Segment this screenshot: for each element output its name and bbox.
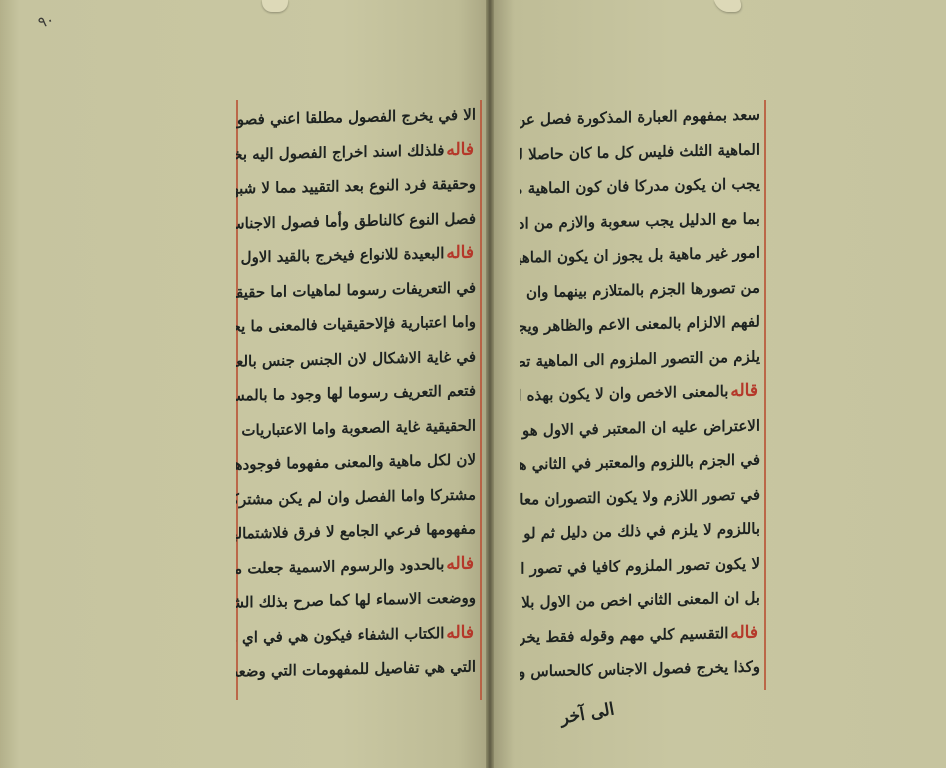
text-line: لفهم الالزام بالمعنى الاعم والظاهر ويجوز… (520, 304, 766, 344)
text-line: مفهومها فرعي الجامع لا فرق فلاشتمالها عل… (236, 511, 482, 551)
line-text: الاعتراض عليه ان المعتبر في الاول هو كون… (520, 416, 760, 441)
line-text: الحقيقية غاية الصعوبة واما الاعتباريات ف… (236, 416, 476, 441)
line-text: فلذلك اسند اخراج الفصول اليه بخرج النوع … (236, 141, 444, 165)
text-line: الا في يخرج الفصول مطلقا اعني فصول الانو… (236, 97, 482, 137)
line-text: الكتاب الشفاء فيكون هي في اي هذه التعريف… (236, 624, 444, 648)
line-text: لان لكل ماهية والمعنى مفهوما فوجودها لما… (236, 451, 476, 476)
line-text: يجب ان يكون مدركا فان كون الماهية مدركة … (520, 175, 760, 201)
line-text: في غاية الاشكال لان الجنس جنس بالعرض وال… (236, 347, 476, 373)
line-text: مفهومها فرعي الجامع لا فرق فلاشتمالها عل… (236, 520, 476, 546)
line-text: في التعريفات رسوما لماهيات اما حقيقية مو… (236, 278, 476, 304)
text-line: سعد بمفهوم العبارة المذكورة فصل عن الجزم… (520, 97, 766, 137)
text-line: واما اعتبارية فإلاحقيقيات فالمعنى ما يحد… (236, 304, 482, 344)
text-line: فالهالتقسيم كلي مهم وقوله فقط يخرج الجنس… (520, 615, 766, 655)
text-line: وكذا يخرج فصول الاجناس كالحساس وما قومه … (520, 649, 766, 689)
line-text: وكذا يخرج فصول الاجناس كالحساس وما قومه … (520, 658, 760, 684)
text-line: فصل النوع كالناطق وأما فصول الاجناس اعني… (236, 201, 482, 241)
text-line: الماهية الثلث فليس كل ما كان حاصلا للماه… (520, 132, 766, 172)
line-text: في الجزم باللزوم والمعتبر في الثاني هو ك… (520, 451, 760, 477)
text-line: الحقيقية غاية الصعوبة واما الاعتباريات ف… (236, 408, 482, 448)
line-text: بالمعنى الاخص وان لا يكون بهذه الحيثية و… (520, 382, 728, 406)
left-text-block: الا في يخرج الفصول مطلقا اعني فصول الانو… (236, 100, 482, 700)
line-text: مشتركا واما الفصل وان لم يكن مشتركا وكل … (236, 485, 476, 511)
text-line: فالهفلذلك اسند اخراج الفصول اليه بخرج ال… (236, 132, 482, 172)
line-text: فتعم التعريف رسوما لها وجود ما بالمسميات… (236, 382, 476, 408)
text-line: الاعتراض عليه ان المعتبر في الاول هو كون… (520, 408, 766, 448)
text-line: لان لكل ماهية والمعنى مفهوما فوجودها لما… (236, 442, 482, 482)
line-text: امور غير ماهية بل يجوز ان يكون الماهية ب… (520, 244, 760, 269)
text-line: امور غير ماهية بل يجوز ان يكون الماهية ب… (520, 235, 766, 275)
line-text: التي هي تفاصيل للمفهومات التي وضعت الاسم… (236, 658, 476, 683)
rubric-mark: فاله (444, 236, 476, 271)
rubric-mark: فاله (728, 615, 760, 650)
text-line: في تصور اللازم ولا يكون التصوران معا كاف… (520, 477, 766, 517)
manuscript-spread: ٩٠ الا في يخرج الفصول مطلقا اعني فصول ال… (0, 0, 946, 768)
line-text: فصل النوع كالناطق وأما فصول الاجناس اعني… (236, 209, 476, 234)
line-text: بما مع الدليل يجب سعوبة والازم من ادراك … (520, 209, 760, 234)
text-line: بما مع الدليل يجب سعوبة والازم من ادراك … (520, 201, 766, 241)
text-line: لا يكون تصور الملزوم كافيا في تصور اللاز… (520, 546, 766, 586)
line-text: ووضعت الاسماء لها كما صرح بذلك الشيخ الر… (236, 589, 476, 615)
text-line: ووضعت الاسماء لها كما صرح بذلك الشيخ الر… (236, 580, 482, 620)
text-line: يلزم من التصور الملزوم الى الماهية تصوره… (520, 339, 766, 379)
text-line: فالهالبعيدة للانواع فيخرج بالقيد الاول و… (236, 235, 482, 275)
rubric-mark: فاله (444, 615, 476, 650)
line-text: في تصور اللازم ولا يكون التصوران معا كاف… (520, 485, 760, 510)
line-text: البعيدة للانواع فيخرج بالقيد الاول ولو ك… (236, 244, 444, 268)
rubric-mark: فاله (444, 132, 476, 167)
line-text: من تصورها الجزم بالمتلازم بينهما وان لا … (520, 278, 760, 304)
text-line: في غاية الاشكال لان الجنس جنس بالعرض وال… (236, 339, 482, 379)
rubric-mark: فاله (444, 546, 476, 581)
line-text: واما اعتبارية فإلاحقيقيات فالمعنى ما يحد… (236, 313, 476, 338)
text-line: باللزوم لا يلزم في ذلك من دليل ثم لو قيل… (520, 511, 766, 551)
line-text: بالحدود والرسوم الاسمية جعلت مفهوماتها ا… (236, 555, 444, 579)
text-line: من تصورها الجزم بالمتلازم بينهما وان لا … (520, 270, 766, 310)
text-line: قالهبالمعنى الاخص وان لا يكون بهذه الحيث… (520, 373, 766, 413)
line-text: باللزوم لا يلزم في ذلك من دليل ثم لو قيل… (520, 520, 760, 547)
line-text: لا يكون تصور الملزوم كافيا في تصور اللاز… (520, 554, 760, 580)
text-line: وحقيقة فرد النوع بعد التقييد مما لا شبهة… (236, 166, 482, 206)
text-line: فالهالكتاب الشفاء فيكون هي في اي هذه الت… (236, 615, 482, 655)
text-line: يجب ان يكون مدركا فان كون الماهية مدركة … (520, 166, 766, 206)
text-line: مشتركا واما الفصل وان لم يكن مشتركا وكل … (236, 477, 482, 517)
text-line: فالهبالحدود والرسوم الاسمية جعلت مفهومات… (236, 546, 482, 586)
line-text: سعد بمفهوم العبارة المذكورة فصل عن الجزم… (520, 106, 760, 132)
right-text-block: سعد بمفهوم العبارة المذكورة فصل عن الجزم… (520, 100, 766, 690)
book-gutter (486, 0, 494, 768)
line-text: التقسيم كلي مهم وقوله فقط يخرج الجنس وال… (520, 624, 728, 649)
line-text: يلزم من التصور الملزوم الى الماهية تصوره… (520, 347, 760, 372)
line-text: لفهم الالزام بالمعنى الاعم والظاهر ويجوز… (520, 313, 760, 338)
text-line: التي هي تفاصيل للمفهومات التي وضعت الاسم… (236, 649, 482, 689)
rubric-mark: قاله (728, 374, 760, 409)
text-line: في التعريفات رسوما لماهيات اما حقيقية مو… (236, 270, 482, 310)
text-line: في الجزم باللزوم والمعتبر في الثاني هو ك… (520, 442, 766, 482)
line-text: الماهية الثلث فليس كل ما كان حاصلا للماه… (520, 140, 760, 166)
line-text: وحقيقة فرد النوع بعد التقييد مما لا شبهة… (236, 175, 476, 200)
line-text: الا في يخرج الفصول مطلقا اعني فصول الانو… (236, 106, 476, 131)
text-line: فتعم التعريف رسوما لها وجود ما بالمسميات… (236, 373, 482, 413)
text-line: بل ان المعنى الثاني اخص من الاول بلا شبه… (520, 580, 766, 620)
line-text: بل ان المعنى الثاني اخص من الاول بلا شبه… (520, 589, 760, 615)
